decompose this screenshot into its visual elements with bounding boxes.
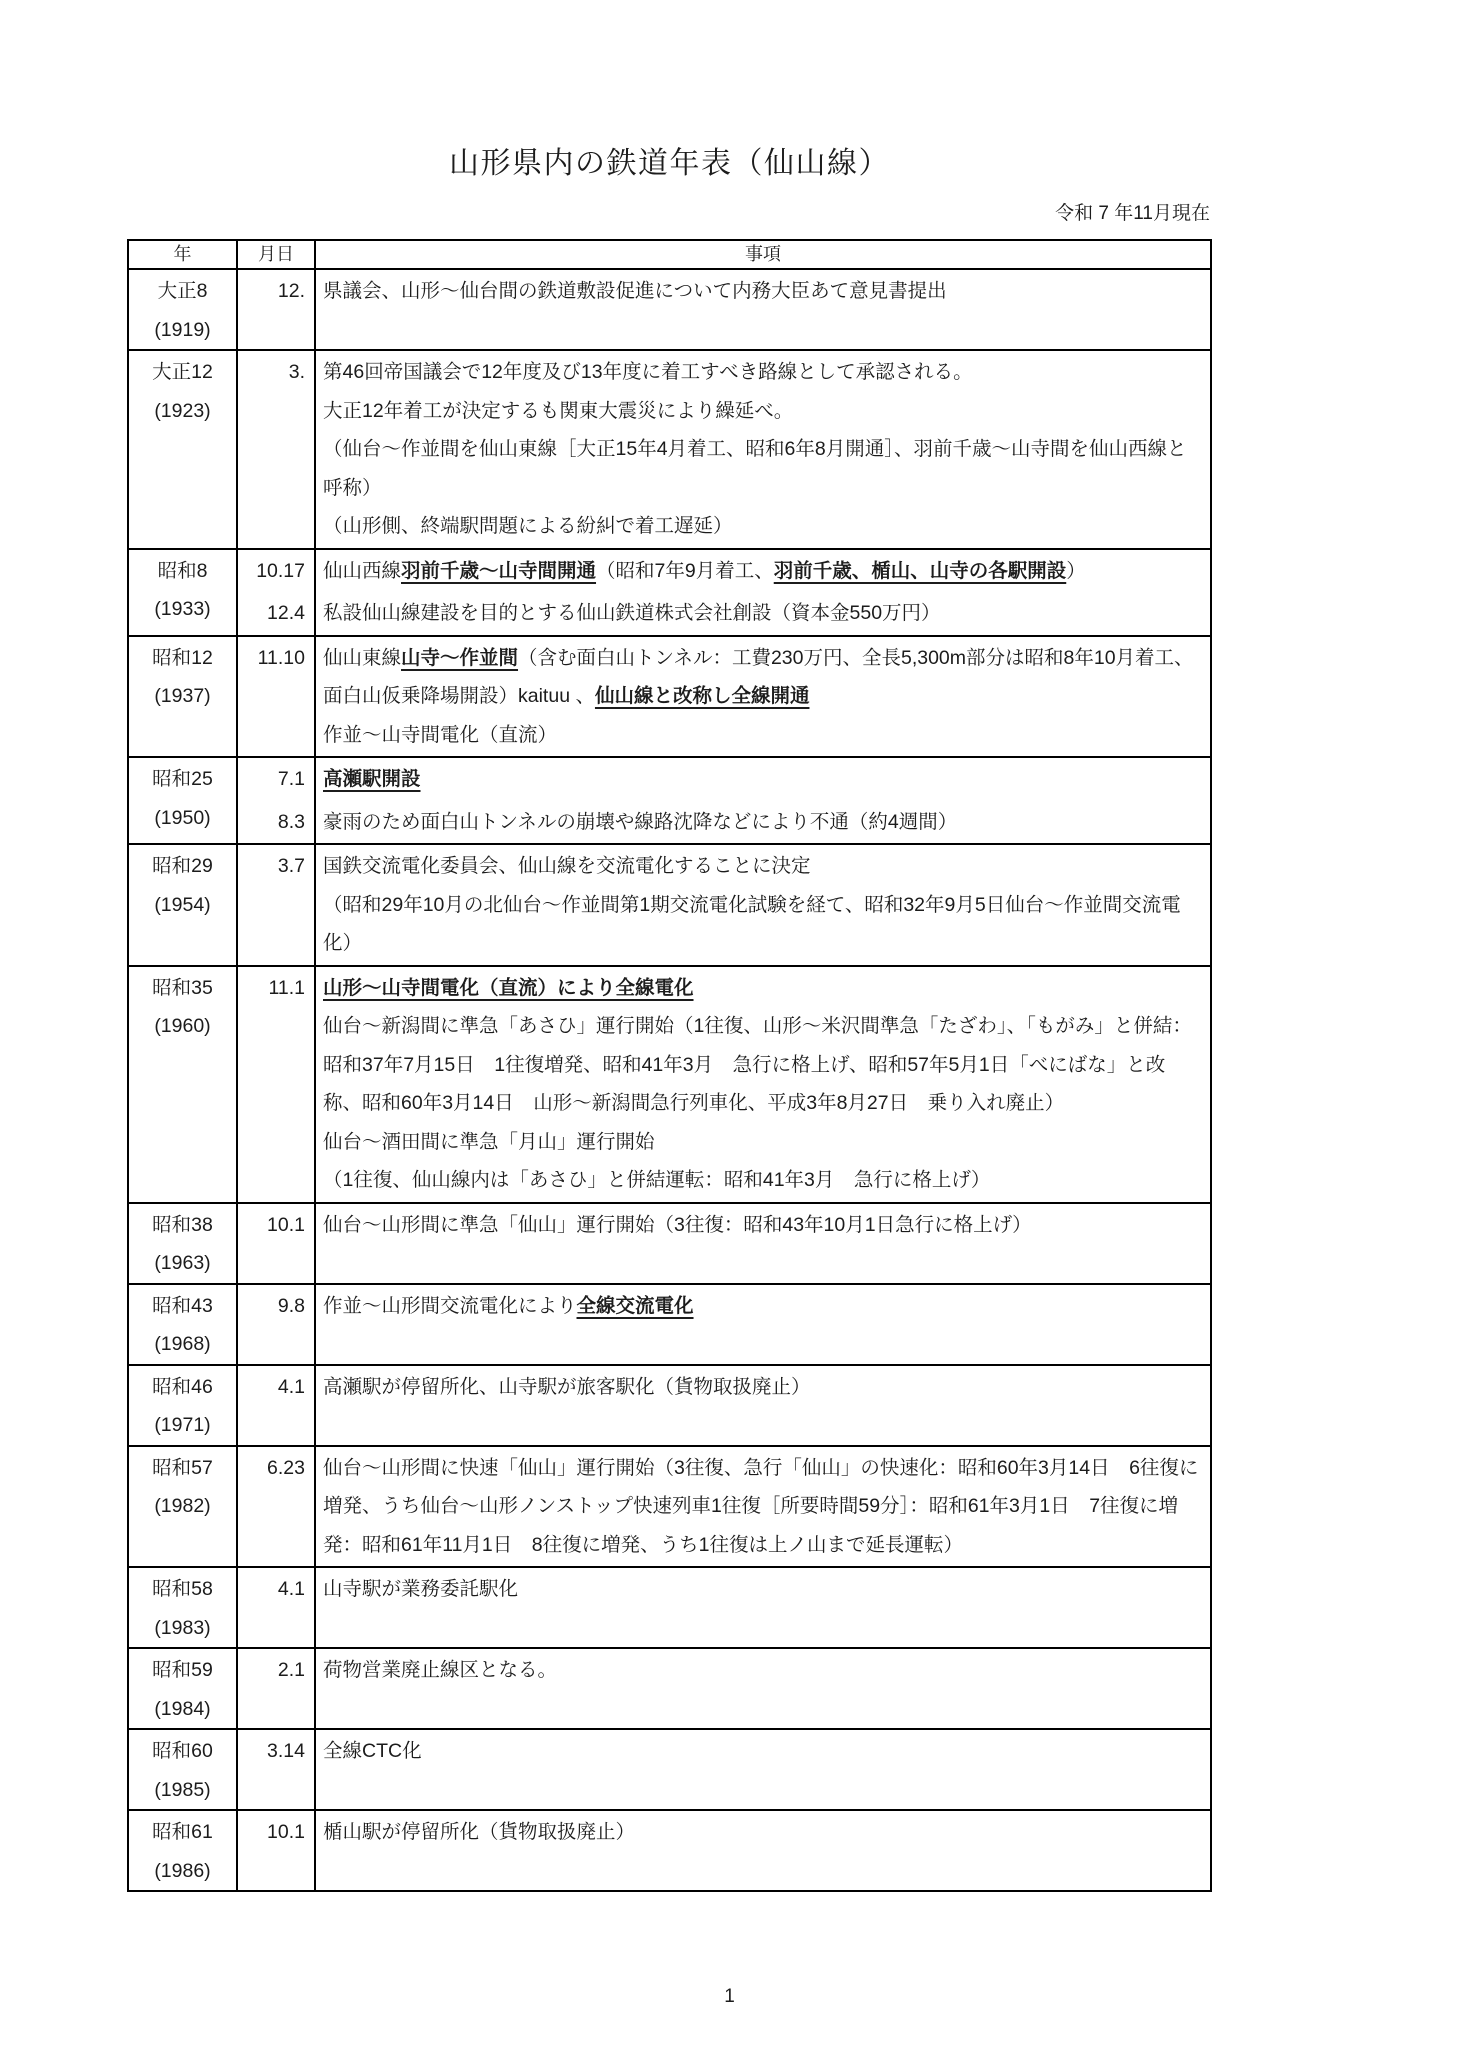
event-text-emphasis: 羽前千歳～山寺間開通	[401, 560, 596, 582]
event-paragraph: 高瀬駅開設	[323, 760, 1202, 799]
document-page: { "colors": { "text": "#1c1c1c", "border…	[0, 0, 1459, 2063]
year-cell: 昭和38(1963)	[129, 1204, 238, 1283]
row-entry: 3.14全線CTC化	[238, 1730, 1210, 1809]
year-cell: 昭和59(1984)	[129, 1649, 238, 1728]
event-text-emphasis: 羽前千歳、楯山、山寺の各駅開設	[774, 560, 1067, 582]
event-paragraph: 山形～山寺間電化（直流）により全線電化	[323, 969, 1202, 1008]
row-entries: 9.8作並～山形間交流電化により全線交流電化	[238, 1285, 1210, 1364]
event-paragraph: 仙台～新潟間に準急「あさひ」運行開始（1往復、山形～米沢間準急「たざわ」、「もが…	[323, 1007, 1202, 1123]
event-cell: 荷物営業廃止線区となる。	[316, 1649, 1210, 1728]
event-paragraph: 全線CTC化	[323, 1732, 1202, 1771]
event-paragraph: （昭和29年10月の北仙台～作並間第1期交流電化試験を経て、昭和32年9月5日仙…	[323, 886, 1202, 963]
event-cell: 県議会、山形～仙台間の鉄道敷設促進について内務大臣あて意見書提出	[316, 270, 1210, 349]
row-entries: 10.1楯山駅が停留所化（貨物取扱廃止）	[238, 1811, 1210, 1890]
year-cell: 昭和43(1968)	[129, 1285, 238, 1364]
date-label: 11.1	[238, 967, 316, 1202]
event-paragraph: 国鉄交流電化委員会、仙山線を交流電化することに決定	[323, 847, 1202, 886]
page-number: 1	[0, 1986, 1459, 2008]
event-cell: 第46回帝国議会で12年度及び13年度に着工すべき路線として承認される。大正12…	[316, 351, 1210, 548]
era-label: 昭和57	[129, 1449, 236, 1488]
event-text-emphasis: 山寺～作並間	[401, 647, 518, 669]
year-cell: 昭和58(1983)	[129, 1568, 238, 1647]
event-text: 仙台～山形間に準急「仙山」運行開始（3往復：昭和43年10月1日急行に格上げ）	[323, 1214, 1032, 1236]
date-label: 10.17	[238, 550, 316, 593]
row-entry: 3.7国鉄交流電化委員会、仙山線を交流電化することに決定（昭和29年10月の北仙…	[238, 845, 1210, 965]
table-row: 昭和29(1954)3.7国鉄交流電化委員会、仙山線を交流電化することに決定（昭…	[129, 843, 1210, 965]
table-row: 昭和59(1984)2.1荷物営業廃止線区となる。	[129, 1647, 1210, 1728]
year-cell: 昭和60(1985)	[129, 1730, 238, 1809]
date-label: 3.14	[238, 1730, 316, 1809]
event-cell: 全線CTC化	[316, 1730, 1210, 1809]
event-text: 豪雨のため面白山トンネルの崩壊や線路沈降などにより不通（約4週間）	[323, 811, 957, 833]
event-text: 私設仙山線建設を目的とする仙山鉄道株式会社創設（資本金550万円）	[323, 602, 941, 624]
event-text: 全線CTC化	[323, 1740, 422, 1762]
row-entries: 11.1山形～山寺間電化（直流）により全線電化仙台～新潟間に準急「あさひ」運行開…	[238, 967, 1210, 1202]
timeline-table: 年 月日 事項 大正8(1919)12.県議会、山形～仙台間の鉄道敷設促進につい…	[127, 239, 1212, 1892]
year-western-label: (1937)	[129, 677, 236, 716]
year-cell: 大正12(1923)	[129, 351, 238, 548]
table-row: 大正12(1923)3.第46回帝国議会で12年度及び13年度に着工すべき路線と…	[129, 349, 1210, 548]
table-row: 昭和46(1971)4.1高瀬駅が停留所化、山寺駅が旅客駅化（貨物取扱廃止）	[129, 1364, 1210, 1445]
era-label: 昭和12	[129, 639, 236, 678]
year-western-label: (1950)	[129, 799, 236, 838]
row-entry: 4.1山寺駅が業務委託駅化	[238, 1568, 1210, 1647]
year-western-label: (1933)	[129, 590, 236, 629]
era-label: 昭和61	[129, 1813, 236, 1852]
year-cell: 昭和29(1954)	[129, 845, 238, 965]
date-label: 4.1	[238, 1366, 316, 1445]
era-label: 昭和38	[129, 1206, 236, 1245]
event-text: 作並～山寺間電化（直流）	[323, 724, 557, 746]
event-paragraph: （1往復、仙山線内は「あさひ」と併結運転：昭和41年3月 急行に格上げ）	[323, 1161, 1202, 1200]
event-paragraph: 豪雨のため面白山トンネルの崩壊や線路沈降などにより不通（約4週間）	[323, 803, 1202, 842]
event-text-emphasis: 高瀬駅開設	[323, 768, 421, 790]
era-label: 昭和8	[129, 552, 236, 591]
table-row: 昭和25(1950)7.1高瀬駅開設8.3豪雨のため面白山トンネルの崩壊や線路沈…	[129, 756, 1210, 843]
event-text: 仙台～山形間に快速「仙山」運行開始（3往復、急行「仙山」の快速化：昭和60年3月…	[323, 1457, 1198, 1556]
table-row: 昭和58(1983)4.1山寺駅が業務委託駅化	[129, 1566, 1210, 1647]
date-label: 7.1	[238, 758, 316, 801]
date-label: 10.1	[238, 1811, 316, 1890]
event-paragraph: 山寺駅が業務委託駅化	[323, 1570, 1202, 1609]
year-western-label: (1985)	[129, 1771, 236, 1810]
document-content: 山形県内の鉄道年表（仙山線） 令和 7 年11月現在 年 月日 事項 大正8(1…	[127, 138, 1212, 1892]
event-cell: 山形～山寺間電化（直流）により全線電化仙台～新潟間に準急「あさひ」運行開始（1往…	[316, 967, 1210, 1202]
table-row: 昭和38(1963)10.1仙台～山形間に準急「仙山」運行開始（3往復：昭和43…	[129, 1202, 1210, 1283]
row-entry: 4.1高瀬駅が停留所化、山寺駅が旅客駅化（貨物取扱廃止）	[238, 1366, 1210, 1445]
era-label: 昭和29	[129, 847, 236, 886]
event-text: （山形側、終端駅問題による紛糾で着工遅延）	[323, 515, 733, 537]
event-paragraph: 仙台～山形間に快速「仙山」運行開始（3往復、急行「仙山」の快速化：昭和60年3月…	[323, 1449, 1202, 1565]
row-entries: 3.14全線CTC化	[238, 1730, 1210, 1809]
date-label: 10.1	[238, 1204, 316, 1283]
event-text: （1往復、仙山線内は「あさひ」と併結運転：昭和41年3月 急行に格上げ）	[323, 1169, 990, 1191]
row-entries: 12.県議会、山形～仙台間の鉄道敷設促進について内務大臣あて意見書提出	[238, 270, 1210, 349]
row-entry: 12.県議会、山形～仙台間の鉄道敷設促進について内務大臣あて意見書提出	[238, 270, 1210, 349]
era-label: 昭和58	[129, 1570, 236, 1609]
date-label: 12.	[238, 270, 316, 349]
era-label: 昭和60	[129, 1732, 236, 1771]
event-cell: 作並～山形間交流電化により全線交流電化	[316, 1285, 1210, 1364]
table-body: 大正8(1919)12.県議会、山形～仙台間の鉄道敷設促進について内務大臣あて意…	[129, 270, 1210, 1890]
year-western-label: (1919)	[129, 311, 236, 350]
date-label: 8.3	[238, 801, 316, 844]
date-label: 11.10	[238, 637, 316, 757]
event-paragraph: 大正12年着工が決定するも関東大震災により繰延べ。	[323, 392, 1202, 431]
event-text-emphasis: 仙山線と改称し全線開通	[595, 685, 810, 707]
event-cell: 山寺駅が業務委託駅化	[316, 1568, 1210, 1647]
table-row: 大正8(1919)12.県議会、山形～仙台間の鉄道敷設促進について内務大臣あて意…	[129, 270, 1210, 349]
date-label: 3.	[238, 351, 316, 548]
row-entry: 11.1山形～山寺間電化（直流）により全線電化仙台～新潟間に準急「あさひ」運行開…	[238, 967, 1210, 1202]
era-label: 大正8	[129, 272, 236, 311]
event-text: （昭和7年9月着工、	[596, 560, 774, 582]
event-paragraph: 私設仙山線建設を目的とする仙山鉄道株式会社創設（資本金550万円）	[323, 594, 1202, 633]
event-text: 高瀬駅が停留所化、山寺駅が旅客駅化（貨物取扱廃止）	[323, 1376, 811, 1398]
row-entries: 2.1荷物営業廃止線区となる。	[238, 1649, 1210, 1728]
row-entry: 8.3豪雨のため面白山トンネルの崩壊や線路沈降などにより不通（約4週間）	[238, 801, 1210, 844]
row-entry: 2.1荷物営業廃止線区となる。	[238, 1649, 1210, 1728]
row-entry: 10.1仙台～山形間に準急「仙山」運行開始（3往復：昭和43年10月1日急行に格…	[238, 1204, 1210, 1283]
table-row: 昭和61(1986)10.1楯山駅が停留所化（貨物取扱廃止）	[129, 1809, 1210, 1890]
year-cell: 大正8(1919)	[129, 270, 238, 349]
event-paragraph: 仙台～酒田間に準急「月山」運行開始	[323, 1123, 1202, 1162]
row-entries: 10.17仙山西線羽前千歳～山寺間開通（昭和7年9月着工、羽前千歳、楯山、山寺の…	[238, 550, 1210, 635]
row-entries: 4.1山寺駅が業務委託駅化	[238, 1568, 1210, 1647]
table-row: 昭和57(1982)6.23仙台～山形間に快速「仙山」運行開始（3往復、急行「仙…	[129, 1445, 1210, 1567]
year-western-label: (1954)	[129, 886, 236, 925]
event-paragraph: 県議会、山形～仙台間の鉄道敷設促進について内務大臣あて意見書提出	[323, 272, 1202, 311]
event-text: 仙山西線	[323, 560, 401, 582]
year-western-label: (1984)	[129, 1690, 236, 1729]
event-cell: 仙台～山形間に準急「仙山」運行開始（3往復：昭和43年10月1日急行に格上げ）	[316, 1204, 1210, 1283]
year-cell: 昭和25(1950)	[129, 758, 238, 843]
event-cell: 楯山駅が停留所化（貨物取扱廃止）	[316, 1811, 1210, 1890]
event-paragraph: 作並～山形間交流電化により全線交流電化	[323, 1287, 1202, 1326]
event-text: 仙台～酒田間に準急「月山」運行開始	[323, 1131, 655, 1153]
row-entry: 7.1高瀬駅開設	[238, 758, 1210, 801]
row-entries: 10.1仙台～山形間に準急「仙山」運行開始（3往復：昭和43年10月1日急行に格…	[238, 1204, 1210, 1283]
event-text: （昭和29年10月の北仙台～作並間第1期交流電化試験を経て、昭和32年9月5日仙…	[323, 894, 1181, 955]
year-western-label: (1923)	[129, 392, 236, 431]
event-cell: 仙山西線羽前千歳～山寺間開通（昭和7年9月着工、羽前千歳、楯山、山寺の各駅開設）	[316, 550, 1210, 593]
table-row: 昭和60(1985)3.14全線CTC化	[129, 1728, 1210, 1809]
event-text: 第46回帝国議会で12年度及び13年度に着工すべき路線として承認される。	[323, 361, 973, 383]
event-cell: 高瀬駅が停留所化、山寺駅が旅客駅化（貨物取扱廃止）	[316, 1366, 1210, 1445]
year-cell: 昭和46(1971)	[129, 1366, 238, 1445]
row-entry: 12.4私設仙山線建設を目的とする仙山鉄道株式会社創設（資本金550万円）	[238, 592, 1210, 635]
header-year: 年	[129, 241, 238, 268]
year-western-label: (1982)	[129, 1487, 236, 1526]
year-cell: 昭和8(1933)	[129, 550, 238, 635]
year-western-label: (1960)	[129, 1007, 236, 1046]
event-text: 荷物営業廃止線区となる。	[323, 1659, 557, 1681]
row-entries: 7.1高瀬駅開設8.3豪雨のため面白山トンネルの崩壊や線路沈降などにより不通（約…	[238, 758, 1210, 843]
row-entry: 11.10仙山東線山寺～作並間（含む面白山トンネル：工費230万円、全長5,30…	[238, 637, 1210, 757]
event-paragraph: （仙台～作並間を仙山東線［大正15年4月着工、昭和6年8月開通］、羽前千歳～山寺…	[323, 430, 1202, 507]
table-row: 昭和35(1960)11.1山形～山寺間電化（直流）により全線電化仙台～新潟間に…	[129, 965, 1210, 1202]
year-western-label: (1963)	[129, 1244, 236, 1283]
row-entry: 3.第46回帝国議会で12年度及び13年度に着工すべき路線として承認される。大正…	[238, 351, 1210, 548]
date-label: 2.1	[238, 1649, 316, 1728]
date-label: 4.1	[238, 1568, 316, 1647]
year-western-label: (1983)	[129, 1609, 236, 1648]
table-row: 昭和12(1937)11.10仙山東線山寺～作並間（含む面白山トンネル：工費23…	[129, 635, 1210, 757]
year-cell: 昭和35(1960)	[129, 967, 238, 1202]
event-cell: 豪雨のため面白山トンネルの崩壊や線路沈降などにより不通（約4週間）	[316, 801, 1210, 844]
year-western-label: (1968)	[129, 1325, 236, 1364]
date-label: 3.7	[238, 845, 316, 965]
header-date: 月日	[238, 241, 316, 268]
era-label: 昭和43	[129, 1287, 236, 1326]
event-paragraph: 第46回帝国議会で12年度及び13年度に着工すべき路線として承認される。	[323, 353, 1202, 392]
event-cell: 私設仙山線建設を目的とする仙山鉄道株式会社創設（資本金550万円）	[316, 592, 1210, 635]
event-text-emphasis: 山形～山寺間電化（直流）により全線電化	[323, 977, 694, 999]
table-row: 昭和8(1933)10.17仙山西線羽前千歳～山寺間開通（昭和7年9月着工、羽前…	[129, 548, 1210, 635]
era-label: 昭和35	[129, 969, 236, 1008]
date-label: 6.23	[238, 1447, 316, 1567]
year-western-label: (1986)	[129, 1852, 236, 1891]
event-text: 国鉄交流電化委員会、仙山線を交流電化することに決定	[323, 855, 811, 877]
header-event: 事項	[316, 241, 1210, 268]
row-entries: 3.第46回帝国議会で12年度及び13年度に着工すべき路線として承認される。大正…	[238, 351, 1210, 548]
event-paragraph: 作並～山寺間電化（直流）	[323, 716, 1202, 755]
row-entry: 10.17仙山西線羽前千歳～山寺間開通（昭和7年9月着工、羽前千歳、楯山、山寺の…	[238, 550, 1210, 593]
event-text: 仙山東線	[323, 647, 401, 669]
date-label: 12.4	[238, 592, 316, 635]
event-paragraph: 高瀬駅が停留所化、山寺駅が旅客駅化（貨物取扱廃止）	[323, 1368, 1202, 1407]
event-cell: 仙山東線山寺～作並間（含む面白山トンネル：工費230万円、全長5,300m部分は…	[316, 637, 1210, 757]
row-entries: 6.23仙台～山形間に快速「仙山」運行開始（3往復、急行「仙山」の快速化：昭和6…	[238, 1447, 1210, 1567]
row-entry: 6.23仙台～山形間に快速「仙山」運行開始（3往復、急行「仙山」の快速化：昭和6…	[238, 1447, 1210, 1567]
date-label: 9.8	[238, 1285, 316, 1364]
era-label: 昭和59	[129, 1651, 236, 1690]
row-entry: 9.8作並～山形間交流電化により全線交流電化	[238, 1285, 1210, 1364]
year-cell: 昭和12(1937)	[129, 637, 238, 757]
event-text: 大正12年着工が決定するも関東大震災により繰延べ。	[323, 400, 793, 422]
event-cell: 仙台～山形間に快速「仙山」運行開始（3往復、急行「仙山」の快速化：昭和60年3月…	[316, 1447, 1210, 1567]
era-label: 昭和25	[129, 760, 236, 799]
era-label: 大正12	[129, 353, 236, 392]
event-text: 県議会、山形～仙台間の鉄道敷設促進について内務大臣あて意見書提出	[323, 280, 947, 302]
date-note: 令和 7 年11月現在	[127, 198, 1212, 225]
year-cell: 昭和61(1986)	[129, 1811, 238, 1890]
row-entries: 4.1高瀬駅が停留所化、山寺駅が旅客駅化（貨物取扱廃止）	[238, 1366, 1210, 1445]
event-text: 作並～山形間交流電化により	[323, 1295, 577, 1317]
event-paragraph: 楯山駅が停留所化（貨物取扱廃止）	[323, 1813, 1202, 1852]
event-text: 楯山駅が停留所化（貨物取扱廃止）	[323, 1821, 635, 1843]
row-entry: 10.1楯山駅が停留所化（貨物取扱廃止）	[238, 1811, 1210, 1890]
event-cell: 国鉄交流電化委員会、仙山線を交流電化することに決定（昭和29年10月の北仙台～作…	[316, 845, 1210, 965]
event-paragraph: 仙山東線山寺～作並間（含む面白山トンネル：工費230万円、全長5,300m部分は…	[323, 639, 1202, 716]
row-entries: 11.10仙山東線山寺～作並間（含む面白山トンネル：工費230万円、全長5,30…	[238, 637, 1210, 757]
event-cell: 高瀬駅開設	[316, 758, 1210, 801]
table-header-row: 年 月日 事項	[129, 241, 1210, 270]
era-label: 昭和46	[129, 1368, 236, 1407]
event-paragraph: 荷物営業廃止線区となる。	[323, 1651, 1202, 1690]
event-text-emphasis: 全線交流電化	[577, 1295, 694, 1317]
page-title: 山形県内の鉄道年表（仙山線）	[127, 138, 1212, 182]
event-paragraph: 仙山西線羽前千歳～山寺間開通（昭和7年9月着工、羽前千歳、楯山、山寺の各駅開設）	[323, 552, 1202, 591]
event-text: ）	[1066, 560, 1086, 582]
table-row: 昭和43(1968)9.8作並～山形間交流電化により全線交流電化	[129, 1283, 1210, 1364]
event-text: 仙台～新潟間に準急「あさひ」運行開始（1往復、山形～米沢間準急「たざわ」、「もが…	[323, 1015, 1192, 1114]
event-paragraph: 仙台～山形間に準急「仙山」運行開始（3往復：昭和43年10月1日急行に格上げ）	[323, 1206, 1202, 1245]
event-text: （仙台～作並間を仙山東線［大正15年4月着工、昭和6年8月開通］、羽前千歳～山寺…	[323, 438, 1186, 499]
year-western-label: (1971)	[129, 1406, 236, 1445]
event-text: 山寺駅が業務委託駅化	[323, 1578, 518, 1600]
event-paragraph: （山形側、終端駅問題による紛糾で着工遅延）	[323, 507, 1202, 546]
year-cell: 昭和57(1982)	[129, 1447, 238, 1567]
row-entries: 3.7国鉄交流電化委員会、仙山線を交流電化することに決定（昭和29年10月の北仙…	[238, 845, 1210, 965]
